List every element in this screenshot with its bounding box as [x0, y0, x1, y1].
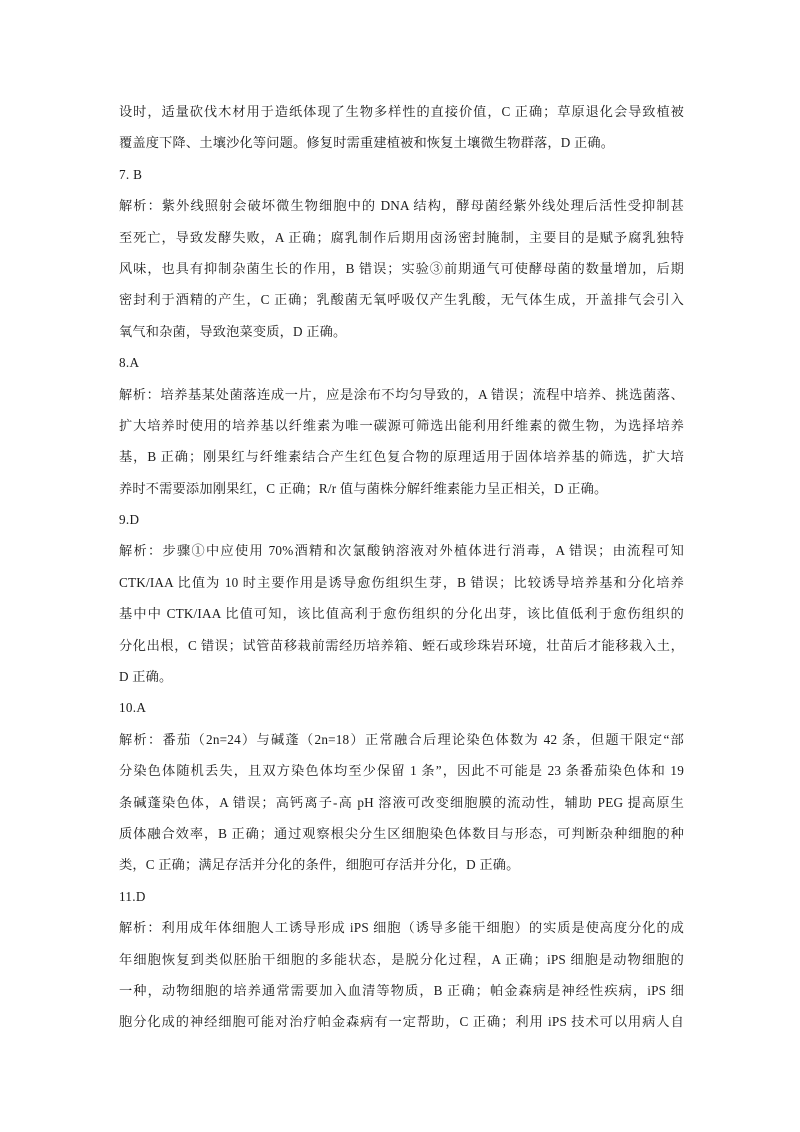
body-line: 基中中 CTK/IAA 比值可知，该比值高利于愈伤组织的分化出芽，该比值低利于愈…	[119, 598, 684, 629]
document-page: 设时，适量砍伐木材用于造纸体现了生物多样性的直接价值，C 正确；草原退化会导致植…	[0, 0, 800, 1132]
body-line: 解析：培养基某处菌落连成一片，应是涂布不均匀导致的，A 错误；流程中培养、挑选菌…	[119, 379, 684, 410]
body-line: 扩大培养时使用的培养基以纤维素为唯一碳源可筛选出能利用纤维素的微生物，为选择培养	[119, 410, 684, 441]
answer-label-q9: 9.D	[119, 504, 684, 535]
section-q6-continuation: 设时，适量砍伐木材用于造纸体现了生物多样性的直接价值，C 正确；草原退化会导致植…	[119, 96, 684, 159]
body-line: 一种，动物细胞的培养通常需要加入血清等物质，B 正确；帕金森病是神经性疾病，iP…	[119, 975, 684, 1006]
answer-label-q10: 10.A	[119, 692, 684, 723]
section-q8: 8.A 解析：培养基某处菌落连成一片，应是涂布不均匀导致的，A 错误；流程中培养…	[119, 347, 684, 504]
body-line: 至死亡，导致发酵失败，A 正确；腐乳制作后期用卤汤密封腌制，主要目的是赋予腐乳独…	[119, 222, 684, 253]
body-line: 风味，也具有抑制杂菌生长的作用，B 错误；实验③前期通气可使酵母菌的数量增加，后…	[119, 253, 684, 284]
section-q10: 10.A 解析：番茄（2n=24）与碱蓬（2n=18）正常融合后理论染色体数为 …	[119, 692, 684, 880]
body-line: 基，B 正确；刚果红与纤维素结合产生红色复合物的原理适用于固体培养基的筛选，扩大…	[119, 441, 684, 472]
body-line: 条碱蓬染色体，A 错误；高钙离子-高 pH 溶液可改变细胞膜的流动性，辅助 PE…	[119, 787, 684, 818]
section-q7: 7. B 解析：紫外线照射会破坏微生物细胞中的 DNA 结构，酵母菌经紫外线处理…	[119, 159, 684, 347]
body-line: 年细胞恢复到类似胚胎干细胞的多能状态，是脱分化过程，A 正确；iPS 细胞是动物…	[119, 944, 684, 975]
body-line: 养时不需要添加刚果红，C 正确；R/r 值与菌株分解纤维素能力呈正相关，D 正确…	[119, 473, 684, 504]
body-line: 氧气和杂菌，导致泡菜变质，D 正确。	[119, 316, 684, 347]
body-line: D 正确。	[119, 661, 684, 692]
body-line: 分染色体随机丢失，且双方染色体均至少保留 1 条”，因此不可能是 23 条番茄染…	[119, 755, 684, 786]
body-line: 覆盖度下降、土壤沙化等问题。修复时需重建植被和恢复土壤微生物群落，D 正确。	[119, 127, 684, 158]
body-line: 质体融合效率，B 正确；通过观察根尖分生区细胞染色体数目与形态，可判断杂种细胞的…	[119, 818, 684, 849]
body-line: 解析：步骤①中应使用 70%酒精和次氯酸钠溶液对外植体进行消毒，A 错误；由流程…	[119, 535, 684, 566]
body-line: 解析：番茄（2n=24）与碱蓬（2n=18）正常融合后理论染色体数为 42 条，…	[119, 724, 684, 755]
section-q9: 9.D 解析：步骤①中应使用 70%酒精和次氯酸钠溶液对外植体进行消毒，A 错误…	[119, 504, 684, 692]
section-q11: 11.D 解析：利用成年体细胞人工诱导形成 iPS 细胞（诱导多能干细胞）的实质…	[119, 881, 684, 1038]
body-line: CTK/IAA 比值为 10 时主要作用是诱导愈伤组织生芽，B 错误；比较诱导培…	[119, 567, 684, 598]
body-line: 分化出根，C 错误；试管苗移栽前需经历培养箱、蛭石或珍珠岩环境，壮苗后才能移栽入…	[119, 630, 684, 661]
answer-label-q7: 7. B	[119, 159, 684, 190]
body-line: 解析：利用成年体细胞人工诱导形成 iPS 细胞（诱导多能干细胞）的实质是使高度分…	[119, 912, 684, 943]
body-line: 胞分化成的神经细胞可能对治疗帕金森病有一定帮助，C 正确；利用 iPS 技术可以…	[119, 1006, 684, 1037]
answer-label-q11: 11.D	[119, 881, 684, 912]
body-line: 类，C 正确；满足存活并分化的条件，细胞可存活并分化，D 正确。	[119, 849, 684, 880]
body-line: 密封利于酒精的产生，C 正确；乳酸菌无氧呼吸仅产生乳酸，无气体生成，开盖排气会引…	[119, 284, 684, 315]
answer-label-q8: 8.A	[119, 347, 684, 378]
text-column: 设时，适量砍伐木材用于造纸体现了生物多样性的直接价值，C 正确；草原退化会导致植…	[119, 96, 684, 1038]
body-line: 解析：紫外线照射会破坏微生物细胞中的 DNA 结构，酵母菌经紫外线处理后活性受抑…	[119, 190, 684, 221]
body-line: 设时，适量砍伐木材用于造纸体现了生物多样性的直接价值，C 正确；草原退化会导致植…	[119, 96, 684, 127]
